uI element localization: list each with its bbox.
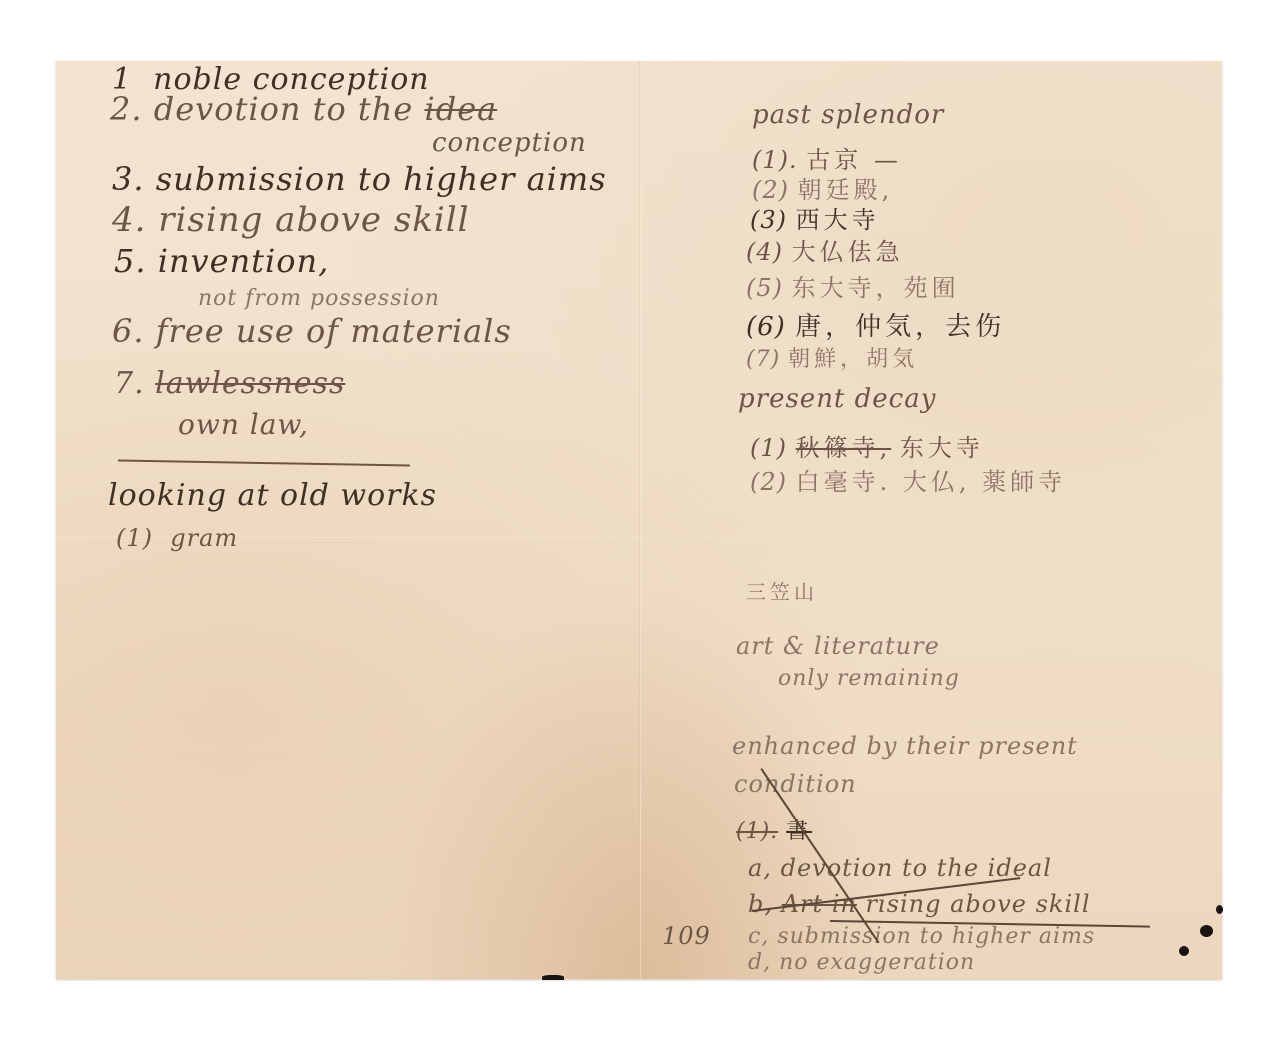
item-text: 朝鮮，胡気 [788,347,918,372]
item-number: 3. [112,160,145,198]
list-item-7: 7. lawlessness [114,366,345,401]
lettered-item-d: d, no exaggeration [748,950,975,975]
list-item-6: 6. free use of materials [112,312,512,350]
past-item-4: (4) 大仏佉急 [746,232,904,267]
item-text: submission to higher aims [777,924,1095,949]
struck-word: idea [424,90,497,128]
enhanced-line-1: enhanced by their present [732,732,1078,760]
vertical-fold [639,61,641,979]
item-text: 唐，仲気，去伤 [795,312,1005,342]
item-text: 东大寺 [900,434,984,462]
item-number: 5. [114,242,147,280]
struck-word: 秋篠寺, [796,434,892,462]
art-line-2: only remaining [778,666,960,691]
decay-heading: present decay [738,384,936,414]
ink-spot [542,975,564,980]
list-item-3: 3. submission to higher aims [112,160,607,198]
item-text: 白毫寺. 大仏, 薬師寺 [796,468,1067,496]
mountain-note: 三笠山 [746,576,818,605]
item-label: c, [748,924,769,949]
item-text: 西大寺 [796,206,880,234]
note-text: not from possession [198,286,440,311]
ink-spot [1179,946,1189,956]
past-heading: past splendor [752,100,944,130]
item-number: 4. [112,200,146,240]
correction-text: conception [432,128,587,158]
item-number: (1) [116,524,153,552]
item-text: no exaggeration [779,950,975,975]
item-number: (3) [750,206,787,234]
section-heading: looking at old works [108,478,437,513]
past-item-6: (6) 唐，仲気，去伤 [746,306,1005,343]
past-item-7: (7) 朝鮮，胡気 [746,342,918,373]
item-number: (5) [746,274,783,302]
past-item-5: (5) 东大寺，苑囿 [746,268,960,303]
item-text: rising above skill [158,200,469,240]
list-item-4: 4. rising above skill [112,200,470,240]
item-number: (6) [746,312,786,342]
page-number: 109 [662,922,711,950]
past-item-3: (3) 西大寺 [750,200,880,235]
item-number: 2. [110,90,143,128]
item-number: (7) [746,347,780,372]
art-line-1: art & literature [736,632,940,660]
ink-spot [1216,905,1223,914]
list-item-5: 5. invention, [114,242,329,280]
item-text: rising above skill [866,890,1091,918]
decay-item-1: (1) 秋篠寺, 东大寺 [750,428,984,463]
item-text: gram [170,524,238,552]
ink-spot [1200,925,1213,937]
decay-item-2: (2) 白毫寺. 大仏, 薬師寺 [750,462,1066,497]
manuscript-sheet [56,61,1222,979]
item-text: submission to higher aims [156,160,607,198]
item-number: (4) [746,238,783,266]
item-text: invention, [158,242,330,280]
struck-word: lawlessness [155,366,345,401]
item-number: 7. [114,366,145,401]
correction-text: own law, [178,408,309,441]
lettered-item-c: c, submission to higher aims [748,924,1095,949]
item-text: devotion to the [154,90,414,128]
item-text: 东大寺，苑囿 [792,274,960,302]
item-number: 6. [112,312,145,350]
list-item-2: 2. devotion to the idea [110,90,497,128]
item-number: (1). [736,819,778,844]
item-label: d, [748,950,771,975]
item-label: a, [748,854,772,882]
item-number: (2) [750,468,787,496]
sub-item: (1) gram [116,524,238,552]
item-text: 大仏佉急 [792,238,904,266]
item-text: free use of materials [156,312,512,350]
item-label: b, [748,890,773,918]
enhanced-line-2: condition [734,770,857,798]
item-number: (1) [750,434,787,462]
